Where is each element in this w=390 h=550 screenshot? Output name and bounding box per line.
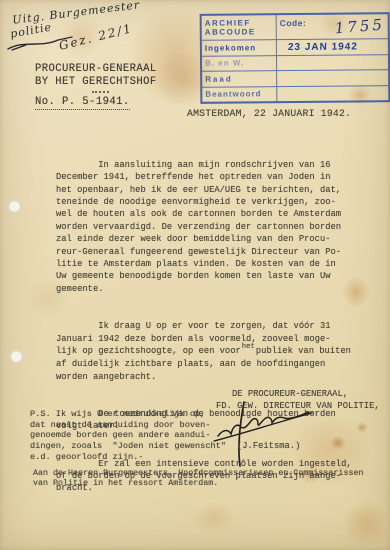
stamp-received-date: 23 JAN 1942 bbox=[288, 41, 358, 53]
dateline: AMSTERDAM, 22 JANUARI 1942. bbox=[187, 108, 351, 119]
letter-scan: Uitg. Burgemeester politie Gez. 22/1 ARC… bbox=[0, 0, 390, 550]
archive-stamp: ARCHIEF ABCOUDE Code: 1755 Ingekomen 23 … bbox=[200, 12, 390, 104]
letterhead-divider bbox=[92, 91, 109, 93]
letterhead: PROCUREUR-GENERAAL BY HET GERECHTSHOF bbox=[35, 63, 157, 88]
stamp-row-value bbox=[276, 85, 388, 101]
stamp-row-label: Raad bbox=[202, 70, 276, 86]
paragraph-2: Ik draag U op er voor te zorgen, dat vóó… bbox=[56, 320, 360, 383]
stamp-code-label: Code: bbox=[280, 18, 307, 28]
signature-title-line1: DE PROCUREUR-GENERAAL, bbox=[232, 389, 348, 399]
letterhead-org-line1: PROCUREUR-GENERAAL bbox=[35, 63, 157, 76]
recipients-address: Aan de Heeren Burgemeesters, Hoofdcommis… bbox=[33, 468, 378, 489]
annotation-flourish-stroke bbox=[6, 36, 76, 52]
stamp-code-cell: Code: 1755 bbox=[276, 14, 388, 39]
signature-typed-name: (J.Feitsma.) bbox=[237, 441, 300, 451]
stamp-code-value: 1755 bbox=[334, 15, 385, 37]
reference-number: No. P. 5-1941. bbox=[35, 96, 130, 110]
stamp-org-cell: ARCHIEF ABCOUDE bbox=[202, 15, 276, 40]
stamp-row-label: B. en W. bbox=[202, 55, 276, 71]
stamp-org-line1: ARCHIEF bbox=[205, 18, 256, 27]
postscript: P.S. Ik wijs U er nadrukkelijk op, dat n… bbox=[30, 409, 240, 463]
stamp-row-label: Ingekomen bbox=[202, 39, 276, 55]
stamp-row-value bbox=[276, 69, 388, 85]
punch-hole-bottom bbox=[10, 350, 23, 363]
stamp-row-value: 23 JAN 1942 bbox=[276, 38, 388, 54]
paragraph-1: In aansluiting aan mijn rondschrijven va… bbox=[56, 159, 360, 295]
inserted-word: het bbox=[242, 343, 255, 351]
letterhead-org-line2: BY HET GERECHTSHOF bbox=[35, 76, 157, 89]
stamp-row-value bbox=[276, 54, 388, 70]
punch-hole-top bbox=[8, 200, 21, 213]
stamp-org-name: ARCHIEF ABCOUDE bbox=[205, 18, 256, 36]
stamp-row-label: Beantwoord bbox=[202, 86, 276, 102]
stamp-org-line2: ABCOUDE bbox=[205, 27, 256, 36]
